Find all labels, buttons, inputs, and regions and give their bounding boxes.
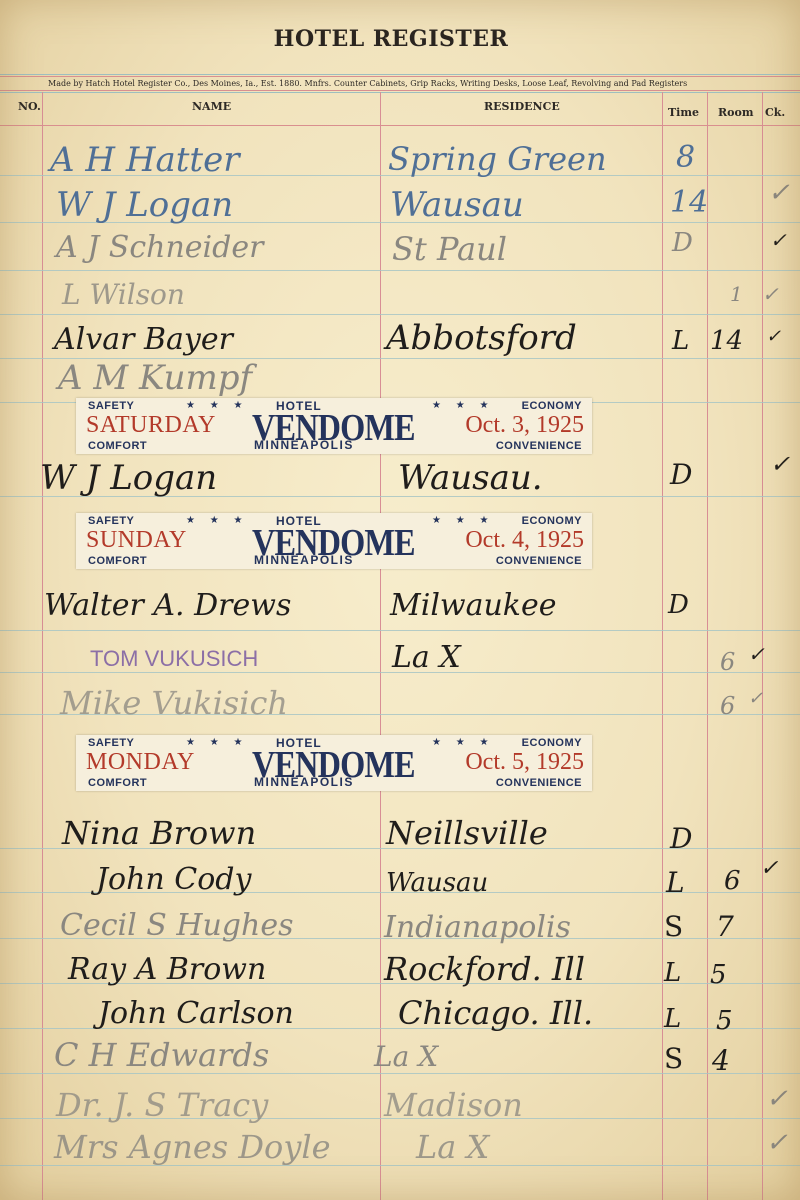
entry-time: D [668, 590, 689, 620]
entry-residence: La X [392, 640, 461, 675]
star-icon: ★ ★ ★ [432, 737, 494, 748]
entry-residence: Spring Green [388, 140, 607, 178]
check-mark-icon: ✓ [768, 178, 790, 208]
hotel-date-banner: SAFETY ★ ★ ★ MONDAY HOTEL VENDOME ★ ★ ★ … [76, 735, 592, 791]
entry-name: Alvar Bayer [54, 322, 233, 357]
entry-residence: La X [374, 1040, 438, 1073]
column-header-residence: RESIDENCE [484, 100, 560, 113]
ruled-line [0, 314, 800, 315]
check-mark-icon: ✓ [766, 1084, 788, 1114]
banner-safety: SAFETY [88, 400, 134, 412]
page-title: HOTEL REGISTER [0, 26, 782, 52]
entry-name: Cecil S Hughes [60, 908, 293, 943]
column-header-room: Room [718, 106, 753, 119]
entry-residence: Milwaukee [390, 588, 556, 623]
column-header-no: NO. [18, 100, 41, 113]
entry-time: S [664, 910, 683, 943]
entry-time: L [666, 866, 685, 899]
entry-room: 8 [676, 140, 695, 175]
entry-time: D [672, 228, 693, 258]
entry-name: W J Logan [56, 185, 233, 225]
star-icon: ★ ★ ★ [432, 515, 494, 526]
ruled-line [0, 630, 800, 631]
banner-safety: SAFETY [88, 515, 134, 527]
entry-time: L [664, 958, 681, 988]
entry-name: C H Edwards [54, 1036, 269, 1074]
hotel-date-banner: SAFETY ★ ★ ★ SATURDAY HOTEL VENDOME ★ ★ … [76, 398, 592, 454]
banner-day: MONDAY [86, 749, 195, 776]
column-divider-no [42, 92, 43, 1200]
check-mark-icon: ✓ [748, 688, 763, 709]
column-header-bottom-rule [0, 125, 800, 126]
star-icon: ★ ★ ★ [186, 737, 248, 748]
header-rule [0, 92, 800, 93]
entry-residence: Wausau. [398, 458, 543, 498]
maker-line: Made by Hatch Hotel Register Co., Des Mo… [48, 79, 687, 88]
banner-city: MINNEAPOLIS [254, 553, 354, 567]
entry-residence: Neillsville [386, 814, 548, 852]
entry-residence: Wausau [386, 868, 488, 898]
entry-time: D [670, 822, 692, 855]
entry-name: John Cody [96, 862, 251, 897]
entry-residence: Abbotsford [386, 318, 577, 358]
header-rule [0, 74, 800, 75]
banner-date: Oct. 3, 1925 [465, 412, 584, 439]
entry-room: 6 [720, 692, 735, 720]
entry-residence: St Paul [392, 230, 507, 268]
entry-residence: La X [416, 1128, 489, 1166]
banner-city: MINNEAPOLIS [254, 775, 354, 789]
entry-room: 7 [716, 910, 734, 943]
star-icon: ★ ★ ★ [186, 515, 248, 526]
banner-economy: ECONOMY [522, 737, 582, 749]
entry-room: 4 [712, 1044, 730, 1077]
entry-name: John Carlson [98, 996, 294, 1031]
banner-city: MINNEAPOLIS [254, 438, 354, 452]
column-divider-time [707, 92, 708, 1200]
header-rule [0, 76, 800, 77]
check-mark-icon: ✓ [770, 450, 790, 478]
entry-room: 14 [710, 326, 743, 356]
star-icon: ★ ★ ★ [186, 400, 248, 411]
column-divider-name [380, 92, 381, 1200]
column-divider-residence [662, 92, 663, 1200]
column-header-time: Time [668, 106, 699, 119]
ruled-line [0, 270, 800, 271]
entry-name: Mrs Agnes Doyle [54, 1128, 331, 1166]
hotel-date-banner: SAFETY ★ ★ ★ SUNDAY HOTEL VENDOME ★ ★ ★ … [76, 513, 592, 569]
check-mark-icon: ✓ [760, 856, 778, 881]
entry-time: S [664, 1042, 683, 1075]
check-mark-icon: ✓ [766, 1128, 788, 1158]
entry-name: A H Hatter [50, 140, 239, 180]
entry-room: 6 [720, 648, 735, 676]
header-rule [0, 90, 800, 91]
banner-day: SATURDAY [86, 412, 216, 439]
entry-name: W J Logan [40, 458, 217, 498]
entry-time: D [670, 458, 692, 491]
banner-economy: ECONOMY [522, 400, 582, 412]
entry-name: A M Kumpf [58, 358, 252, 398]
check-mark-icon: ✓ [762, 282, 779, 306]
register-page: HOTEL REGISTER Made by Hatch Hotel Regis… [0, 0, 800, 1200]
banner-convenience: CONVENIENCE [496, 777, 582, 789]
banner-convenience: CONVENIENCE [496, 440, 582, 452]
entry-residence: Rockford. Ill [384, 950, 585, 988]
banner-comfort: COMFORT [88, 777, 147, 789]
entry-room: 14 [670, 185, 708, 220]
banner-comfort: COMFORT [88, 555, 147, 567]
column-header-name: NAME [192, 100, 231, 113]
star-icon: ★ ★ ★ [432, 400, 494, 411]
column-header-ck: Ck. [765, 106, 785, 119]
banner-date: Oct. 4, 1925 [465, 527, 584, 554]
check-mark-icon: ✓ [766, 326, 781, 347]
entry-time: L [664, 1004, 681, 1034]
entry-room: 1 [730, 282, 743, 306]
entry-residence: Madison [384, 1086, 523, 1124]
entry-residence: Chicago. Ill. [398, 994, 593, 1032]
banner-day: SUNDAY [86, 527, 187, 554]
banner-convenience: CONVENIENCE [496, 555, 582, 567]
entry-name: Dr. J. S Tracy [56, 1086, 268, 1124]
entry-name: A J Schneider [56, 230, 263, 265]
entry-residence: Indianapolis [384, 910, 571, 945]
banner-economy: ECONOMY [522, 515, 582, 527]
entry-name: Walter A. Drews [44, 588, 291, 623]
entry-room: 5 [710, 960, 727, 990]
entry-residence: Wausau [390, 185, 524, 225]
entry-name: Nina Brown [62, 814, 256, 852]
entry-name: Ray A Brown [68, 952, 266, 987]
entry-name-stamp: TOM VUKUSICH [90, 646, 258, 672]
check-mark-icon: ✓ [748, 642, 765, 666]
entry-name: L Wilson [62, 278, 185, 311]
entry-name: Mike Vukisich [60, 684, 288, 722]
entry-room: 5 [716, 1006, 733, 1036]
entry-room: 6 [724, 866, 741, 896]
entry-time: L [672, 326, 689, 356]
banner-comfort: COMFORT [88, 440, 147, 452]
banner-date: Oct. 5, 1925 [465, 749, 584, 776]
check-mark-icon: ✓ [770, 228, 787, 252]
banner-safety: SAFETY [88, 737, 134, 749]
